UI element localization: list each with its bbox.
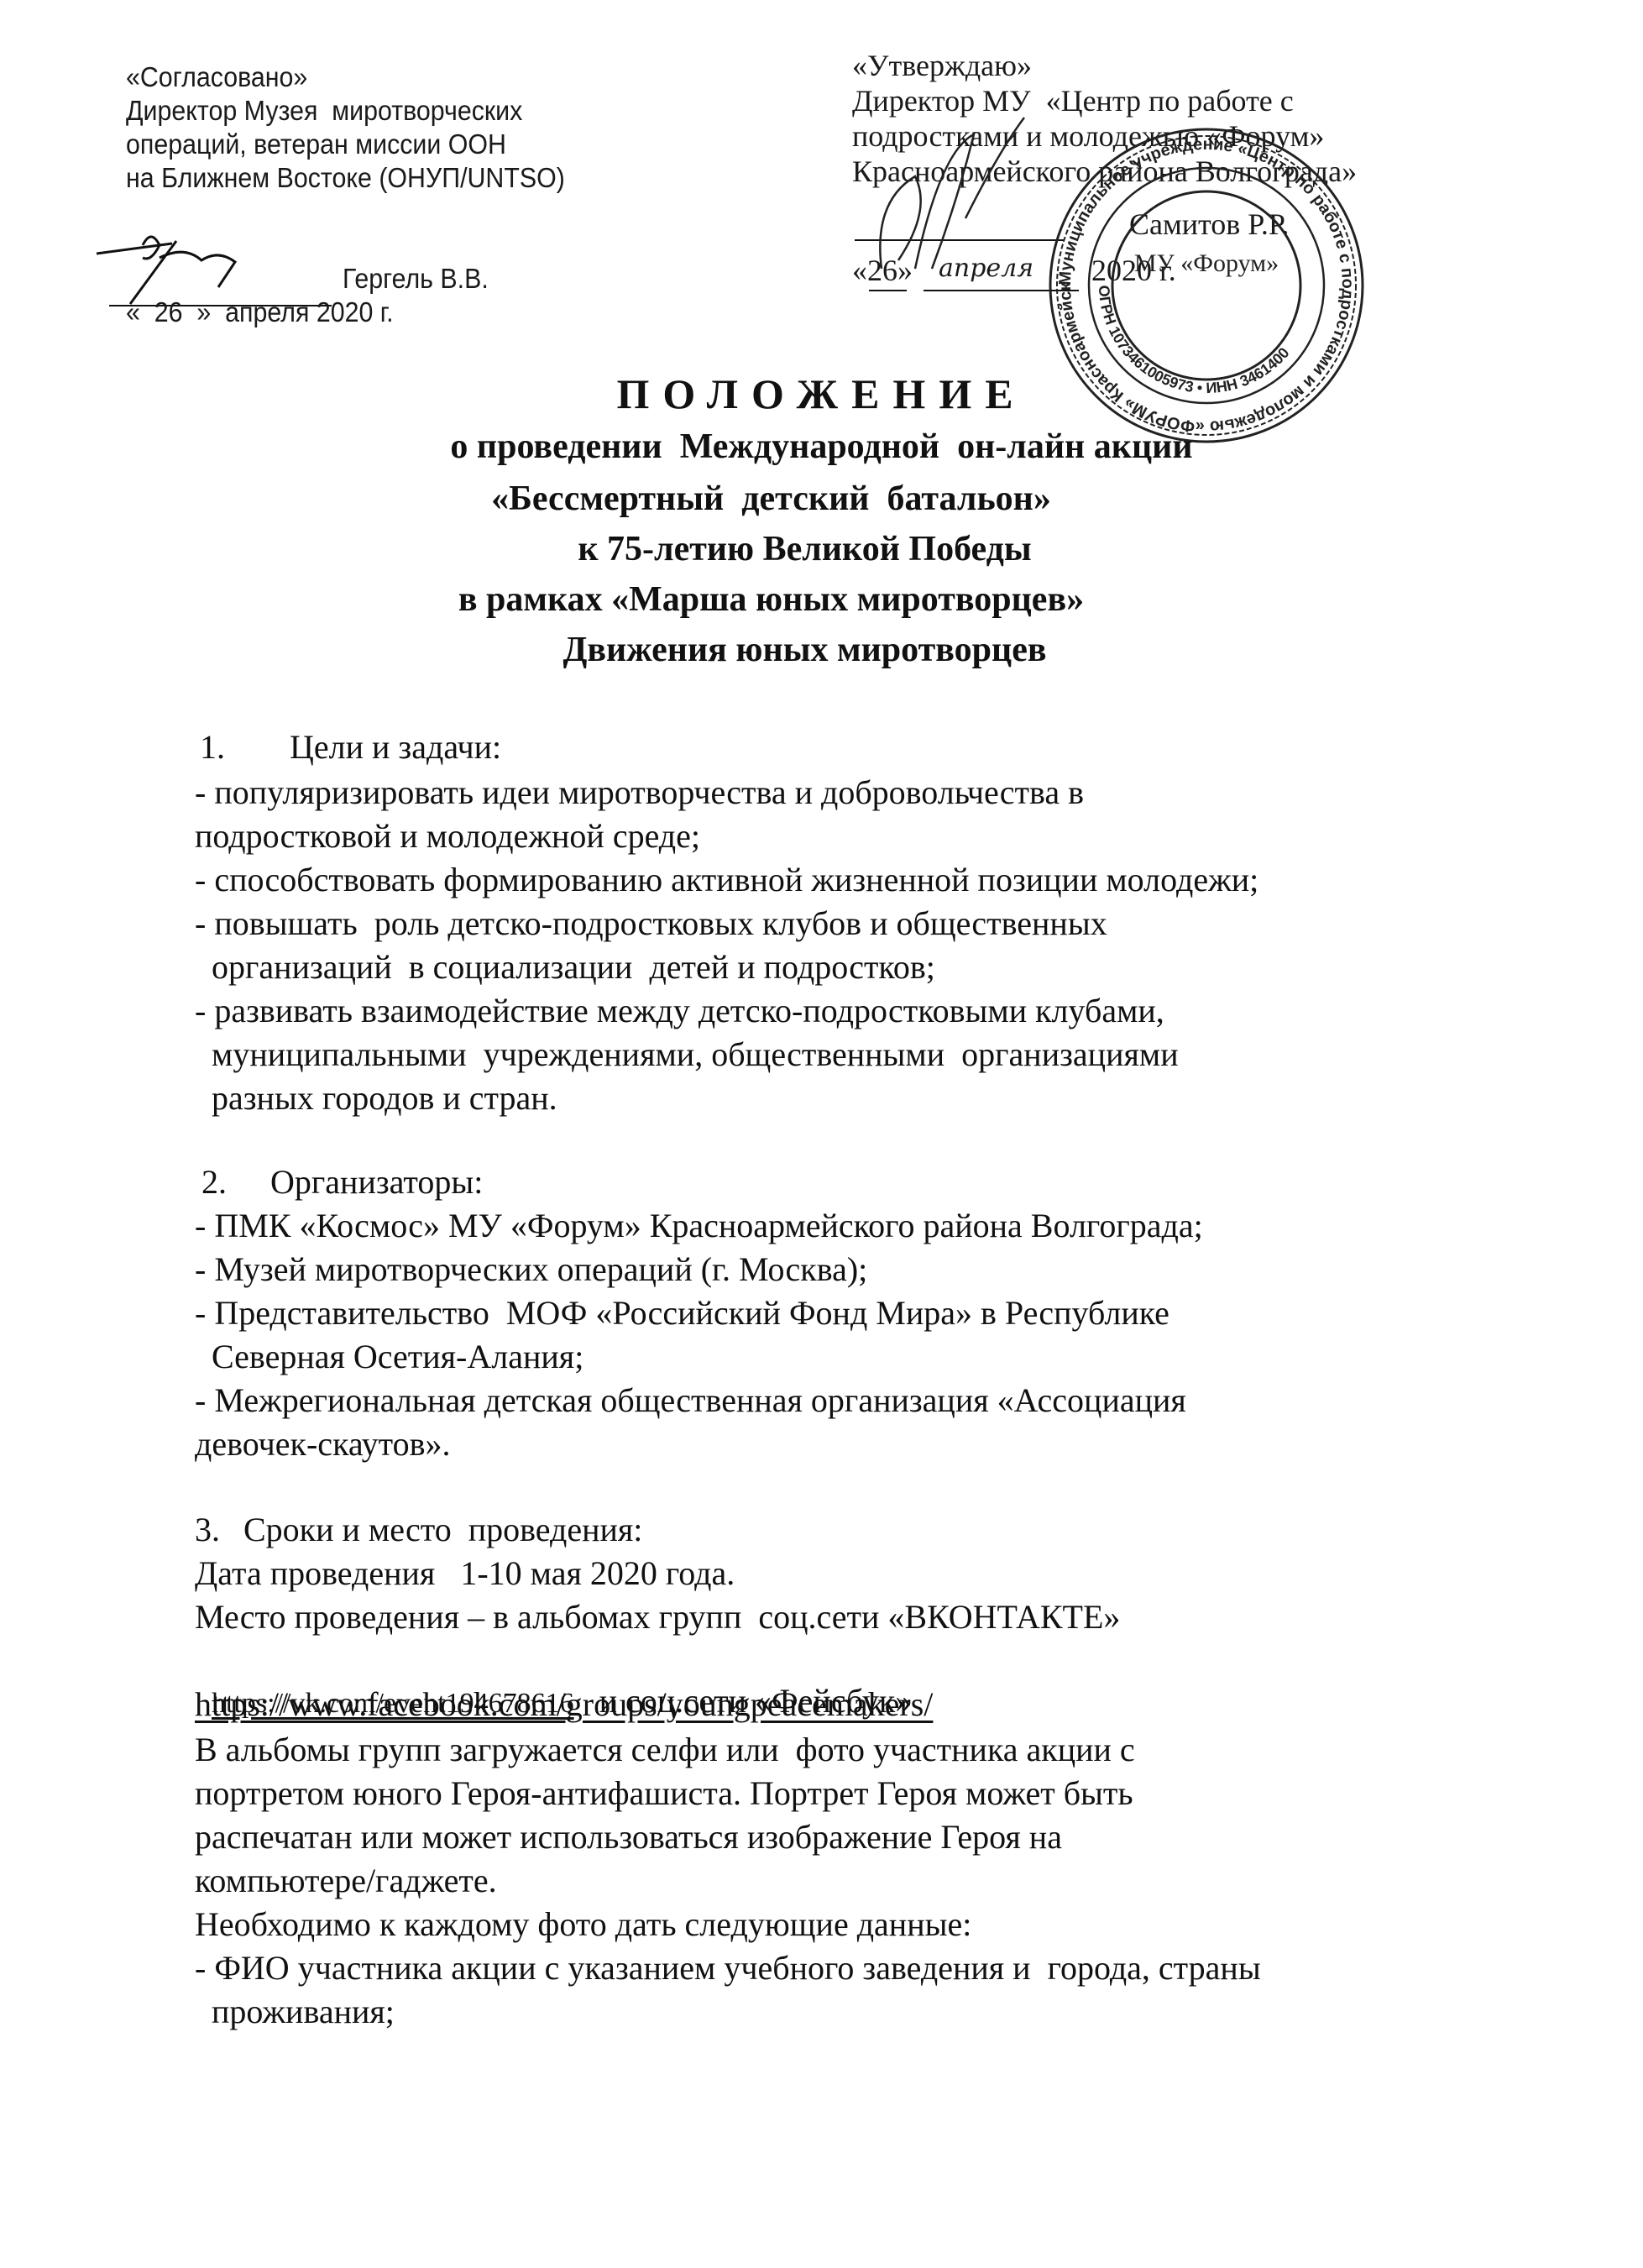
section-1-line: муниципальными учреждениями, общественны…	[195, 1034, 1179, 1075]
title-line-3: к 75-летию Великой Победы	[0, 529, 1626, 569]
title-line-4: в рамках «Марша юных миротворцев»	[0, 579, 1593, 620]
approver-left-line-1: Директор Музея миротворческих	[126, 94, 522, 128]
section-3-line: компьютере/гаджете.	[195, 1861, 497, 1901]
stamp-center-text: МУ «Форум»	[1134, 249, 1279, 277]
section-1-heading: Цели и задачи:	[290, 727, 501, 767]
event-date-line: Дата проведения 1-10 мая 2020 года.	[195, 1553, 735, 1594]
section-3-line: проживания;	[195, 1992, 395, 2032]
title-line-5: Движения юных миротворцев	[0, 630, 1626, 670]
section-1-number: 1.	[200, 727, 225, 767]
section-2-number: 2.	[201, 1162, 227, 1202]
section-2-line: Северная Осетия-Алания;	[195, 1337, 583, 1377]
approval-label-left: «Согласовано»	[126, 60, 307, 94]
section-1-line: - популяризировать идеи миротворчества и…	[195, 773, 1084, 813]
section-2-line: - Музей миротворческих операций (г. Моск…	[195, 1249, 867, 1290]
section-3-line: портретом юного Героя-антифашиста. Портр…	[195, 1773, 1133, 1814]
section-1-line: подростковой и молодежной среде;	[195, 816, 700, 856]
section-2-line: - Межрегиональная детская общественная о…	[195, 1380, 1186, 1421]
event-place-line: Место проведения – в альбомах групп соц.…	[195, 1597, 1120, 1637]
title-line-1: о проведении Международной он-лайн акции	[0, 427, 1643, 467]
section-2-line: - ПМК «Космос» МУ «Форум» Красноармейско…	[195, 1206, 1203, 1246]
section-2-heading: Организаторы:	[270, 1162, 483, 1202]
section-1-line: - способствовать формированию активной ж…	[195, 860, 1258, 900]
title-line-2: «Бессмертный детский батальон»	[0, 479, 1593, 519]
approval-date-left: « 26 » апреля 2020 г.	[126, 296, 394, 329]
section-3-line: - ФИО участника акции с указанием учебно…	[195, 1948, 1261, 1988]
approver-left-line-3: на Ближнем Востоке (ОНУП/UNTSO)	[126, 161, 565, 195]
section-3-number: 3.	[195, 1510, 220, 1550]
signatory-left: Гергель В.В.	[343, 262, 489, 296]
document-title: ПОЛОЖЕНИЕ	[0, 369, 1643, 418]
section-1-line: - развивать взаимодействие между детско-…	[195, 991, 1164, 1031]
section-1-line: - повышать роль детско-подростковых клуб…	[195, 904, 1107, 944]
facebook-link[interactable]: https://www.facebook.com/groups/youngpea…	[195, 1684, 933, 1725]
section-3-line: В альбомы групп загружается селфи или фо…	[195, 1730, 1135, 1770]
section-2-line: девочек-скаутов».	[195, 1424, 450, 1464]
approval-label-right: «Утверждаю»	[852, 49, 1032, 82]
section-3-heading: Сроки и место проведения:	[243, 1510, 642, 1550]
section-3-line: Необходимо к каждому фото дать следующие…	[195, 1904, 971, 1945]
section-2-line: - Представительство МОФ «Российский Фонд…	[195, 1293, 1169, 1333]
section-1-line: организаций в социализации детей и подро…	[195, 947, 935, 987]
approver-left-line-2: операций, ветеран миссии ООН	[126, 128, 506, 161]
section-1-line: разных городов и стран.	[195, 1078, 557, 1118]
section-3-line: распечатан или может использоваться изоб…	[195, 1817, 1062, 1857]
